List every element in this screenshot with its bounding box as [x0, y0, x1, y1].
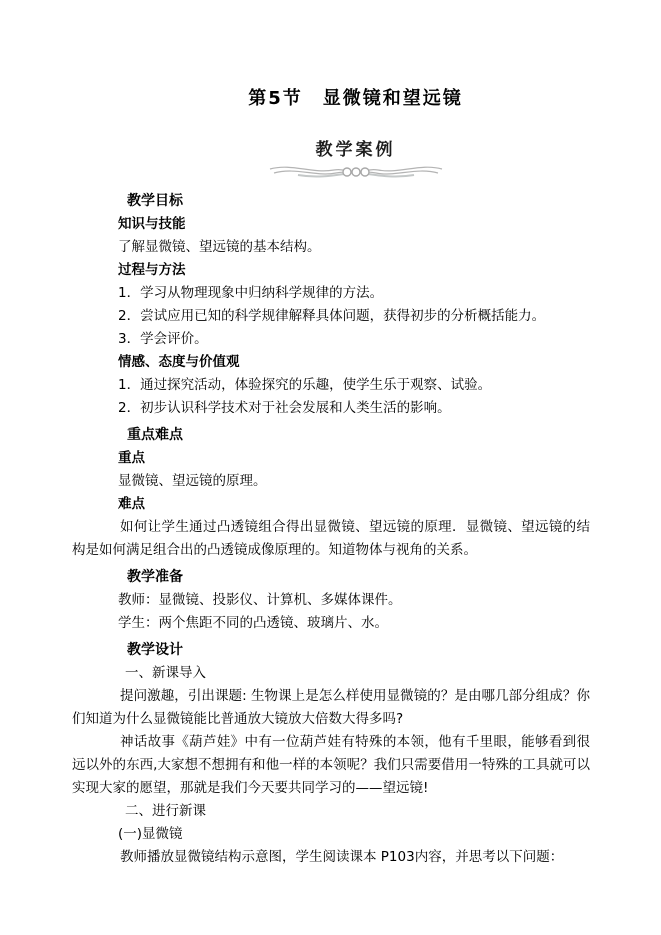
document-header: 第5节 显微镜和望远镜 教学案例 [0, 0, 661, 181]
sub-heading: 过程与方法 [72, 259, 590, 282]
sub-heading: 知识与技能 [72, 213, 590, 236]
section-heading: 教学设计 [72, 639, 590, 662]
paragraph: 如何让学生通过凸透镜组合得出显微镜、望远镜的原理．显微镜、望远镜的结构是如何满足… [72, 516, 590, 562]
page-title: 第5节 显微镜和望远镜 [50, 84, 661, 110]
section-heading: 教学准备 [72, 566, 590, 589]
text-line: 学生：两个焦距不同的凸透镜、玻璃片、水。 [72, 612, 590, 635]
sub-heading: 难点 [72, 493, 590, 516]
text-line: 1．通过探究活动，体验探究的乐趣，使学生乐于观察、试验。 [72, 374, 590, 397]
banner-flourish-ornament [50, 161, 661, 181]
sub-heading: 重点 [72, 447, 590, 470]
list-heading: 二、进行新课 [72, 800, 590, 823]
text-line: 1．学习从物理现象中归纳科学规律的方法。 [72, 282, 590, 305]
paragraph: 提问激趣，引出课题: 生物课上是怎么样使用显微镜的？是由哪几部分组成？你们知道为… [72, 685, 590, 731]
text-line: 教师：显微镜、投影仪、计算机、多媒体课件。 [72, 589, 590, 612]
document-body: 教学目标知识与技能了解显微镜、望远镜的基本结构。过程与方法1．学习从物理现象中归… [72, 190, 590, 869]
text-line: 2．尝试应用已知的科学规律解释具体问题，获得初步的分析概括能力。 [72, 305, 590, 328]
document-page: 第5节 显微镜和望远镜 教学案例 教学目标知识与技能了解显 [0, 0, 661, 935]
banner-title: 教学案例 [50, 135, 661, 160]
sub-heading: 情感、态度与价值观 [72, 351, 590, 374]
text-line: 3．学会评价。 [72, 328, 590, 351]
section-heading: 重点难点 [72, 424, 590, 447]
swirl-ornament-icon [268, 161, 444, 181]
paragraph: 神话故事《葫芦娃》中有一位葫芦娃有特殊的本领，他有千里眼，能够看到很远以外的东西… [72, 731, 590, 800]
list-heading: 一、新课导入 [72, 662, 590, 685]
text-line: 了解显微镜、望远镜的基本结构。 [72, 236, 590, 259]
text-line: (一)显微镜 [72, 823, 590, 846]
paragraph: 教师播放显微镜结构示意图，学生阅读课本 P103内容，并思考以下问题： [72, 846, 590, 869]
text-line: 显微镜、望远镜的原理。 [72, 470, 590, 493]
section-heading: 教学目标 [72, 190, 590, 213]
text-line: 2．初步认识科学技术对于社会发展和人类生活的影响。 [72, 397, 590, 420]
